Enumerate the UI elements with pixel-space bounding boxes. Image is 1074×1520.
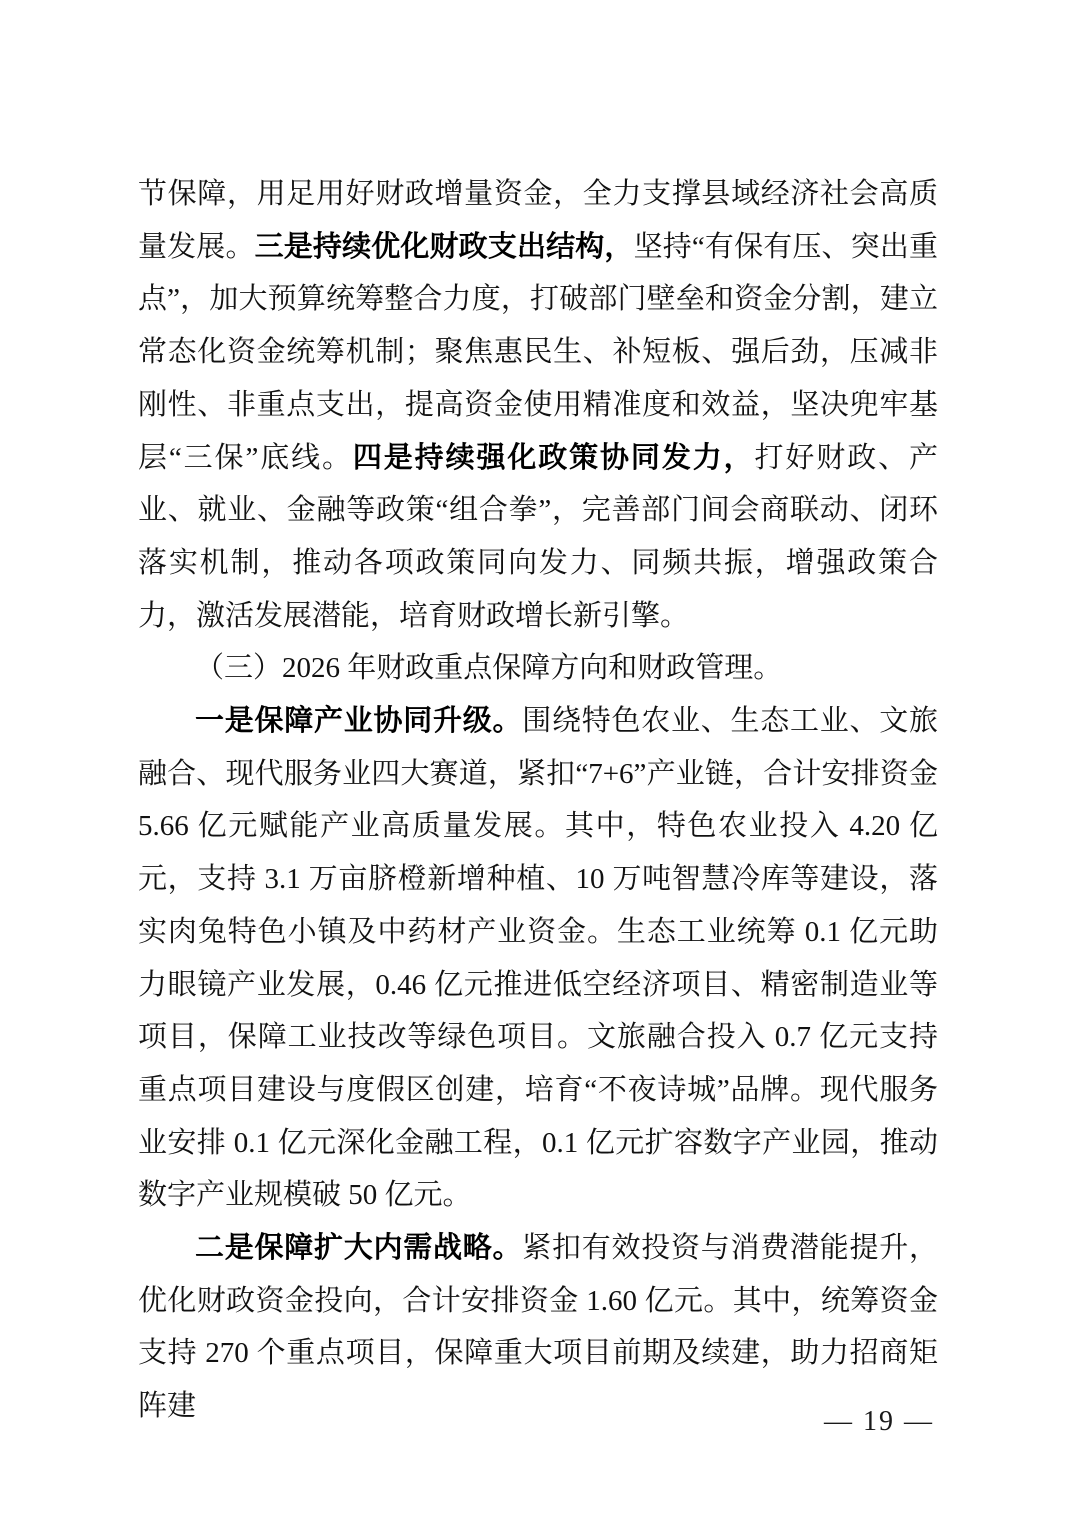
bold-topic-sentence: 一是保障产业协同升级。 xyxy=(195,705,522,737)
paragraph: 一是保障产业协同升级。围绕特色农业、生态工业、文旅融合、现代服务业四大赛道，紧扣… xyxy=(138,695,938,1222)
paragraph: 二是保障扩大内需战略。紧扣有效投资与消费潜能提升，优化财政资金投向，合计安排资金… xyxy=(138,1222,938,1433)
page-number: — 19 — xyxy=(824,1402,934,1442)
bold-topic-sentence: 二是保障扩大内需战略。 xyxy=(195,1232,522,1264)
body-text-run: （三）2026 年财政重点保障方向和财政管理。 xyxy=(195,652,782,684)
document-page: 节保障，用足用好财政增量资金，全力支撑县域经济社会高质量发展。三是持续优化财政支… xyxy=(0,0,1074,1520)
paragraph: （三）2026 年财政重点保障方向和财政管理。 xyxy=(138,642,938,695)
bold-topic-sentence: 四是持续强化政策协同发力， xyxy=(353,442,755,474)
bold-topic-sentence: 三是持续优化财政支出结构， xyxy=(255,231,634,263)
body-text-run: 坚持“有保有压、突出重点”，加大预算统筹整合力度，打破部门壁垒和资金分割，建立常… xyxy=(138,231,938,474)
paragraph: 节保障，用足用好财政增量资金，全力支撑县域经济社会高质量发展。三是持续优化财政支… xyxy=(138,168,938,642)
body-text-run: 围绕特色农业、生态工业、文旅融合、现代服务业四大赛道，紧扣“7+6”产业链，合计… xyxy=(138,705,938,1211)
document-body-text: 节保障，用足用好财政增量资金，全力支撑县域经济社会高质量发展。三是持续优化财政支… xyxy=(138,168,938,1433)
